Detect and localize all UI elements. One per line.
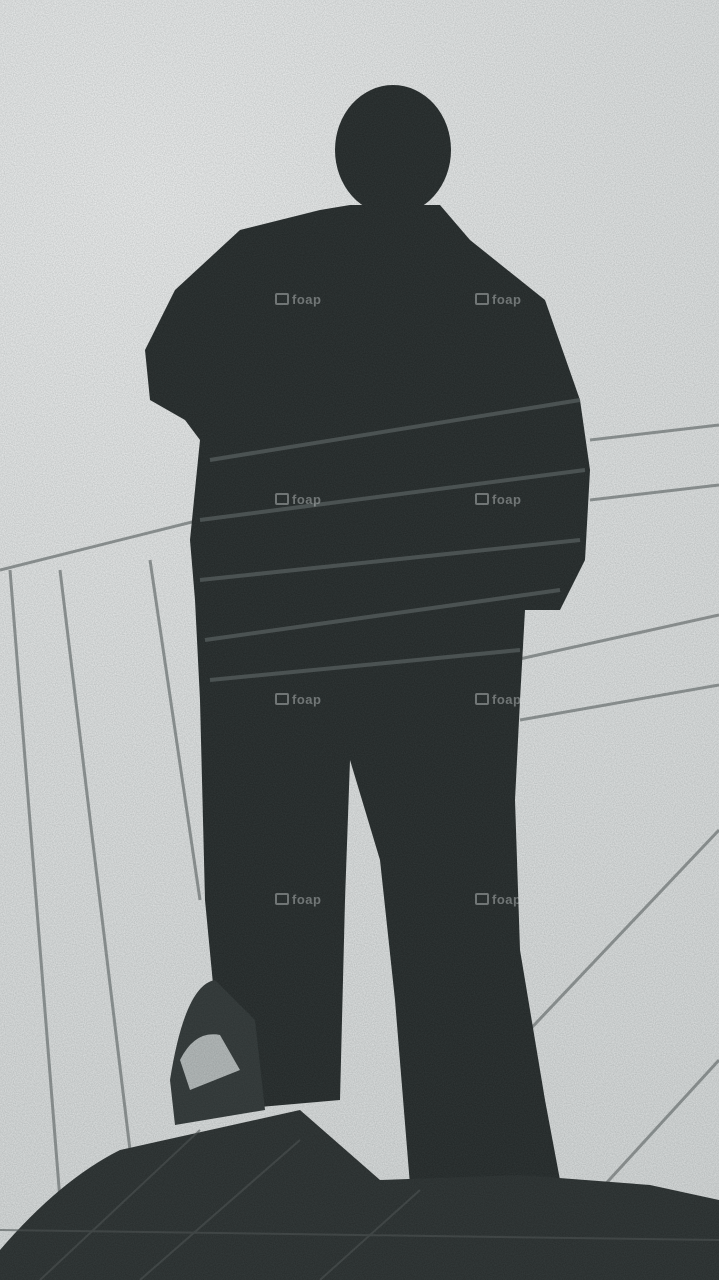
camera-icon xyxy=(475,293,489,305)
shadow-photo: foap foap foap foap foap foap foap foap xyxy=(0,0,719,1280)
watermark: foap xyxy=(275,292,321,307)
watermark: foap xyxy=(475,292,521,307)
watermark: foap xyxy=(275,892,321,907)
camera-icon xyxy=(475,893,489,905)
camera-icon xyxy=(275,893,289,905)
watermark: foap xyxy=(275,492,321,507)
camera-icon xyxy=(275,693,289,705)
watermark: foap xyxy=(475,492,521,507)
watermark: foap xyxy=(475,692,521,707)
camera-icon xyxy=(275,493,289,505)
watermark: foap xyxy=(475,892,521,907)
camera-icon xyxy=(275,293,289,305)
camera-icon xyxy=(475,493,489,505)
watermark: foap xyxy=(275,692,321,707)
camera-icon xyxy=(475,693,489,705)
scene-illustration xyxy=(0,0,719,1280)
